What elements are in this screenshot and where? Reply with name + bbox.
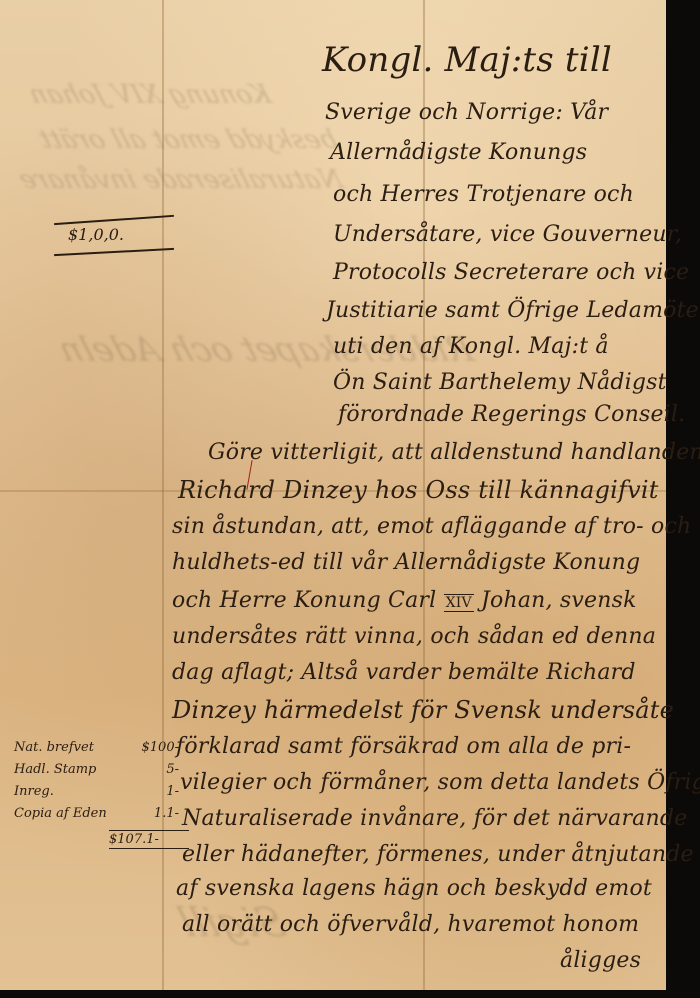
body-line: undersåtes rätt vinna, och sådan ed denn… bbox=[172, 624, 656, 649]
body-line: vilegier och förmåner, som detta landets… bbox=[180, 770, 700, 795]
heading-line: Undersåtare, vice Gouverneur, bbox=[333, 222, 682, 247]
heading-line: Kongl. Maj:ts till bbox=[322, 40, 612, 80]
body-line: eller hädanefter, förmenes, under åtnjut… bbox=[182, 842, 694, 867]
body-line-text: Johan, svensk bbox=[481, 588, 637, 613]
body-line: all orätt och öfvervåld, hvaremot honom bbox=[182, 912, 639, 937]
fee-amount: 1- bbox=[166, 784, 179, 806]
body-line: sin åstundan, att, emot afläggande af tr… bbox=[172, 514, 691, 539]
body-line-text: och Herre Konung Carl bbox=[172, 588, 436, 613]
fee-label: Inreg. bbox=[14, 784, 54, 806]
bleed-through-text: Naturaliserade invånare bbox=[15, 165, 347, 195]
fee-row: Inreg. 1- bbox=[14, 784, 179, 806]
body-line: Dinzey härmedelst för Svensk undersåte bbox=[172, 696, 674, 724]
fee-amount: 1.1- bbox=[154, 806, 179, 828]
fee-row: Copia af Eden 1.1- bbox=[14, 806, 179, 828]
fee-total: $107.1- bbox=[109, 830, 189, 849]
fee-row: Nat. brefvet $100- bbox=[14, 740, 179, 762]
fee-amount: $100- bbox=[142, 740, 179, 762]
heading-line: och Herres Trotjenare och bbox=[333, 182, 634, 207]
body-line: dag aflagt; Altså varder bemälte Richard bbox=[172, 660, 636, 685]
margin-fee-note: $1,0,0. bbox=[68, 225, 124, 244]
regnal-number: XIV bbox=[444, 594, 474, 612]
body-line: förklarad samt försäkrad om alla de pri- bbox=[176, 734, 631, 759]
body-line: huldhets-ed till vår Allernådigste Konun… bbox=[172, 550, 640, 575]
bleed-through-text: Konung XIV Johan bbox=[25, 80, 275, 110]
heading-line: Sverige och Norrige: Vår bbox=[325, 100, 608, 125]
catchword: åligges bbox=[560, 948, 641, 973]
document-page: Konung XIV Johan beskydd emot all orätt … bbox=[0, 0, 666, 990]
fee-list: Nat. brefvet $100- Hadl. Stamp 5- Inreg.… bbox=[14, 740, 189, 849]
fee-label: Copia af Eden bbox=[14, 806, 107, 828]
body-line: Naturaliserade invånare, för det närvara… bbox=[182, 806, 687, 831]
body-line: af svenska lagens hägn och beskydd emot bbox=[176, 876, 652, 901]
fee-label: Nat. brefvet bbox=[14, 740, 94, 762]
body-line: Göre vitterligit, att alldenstund handla… bbox=[208, 440, 700, 465]
fee-row: Hadl. Stamp 5- bbox=[14, 762, 179, 784]
body-line: Richard Dinzey hos Oss till kännagifvit bbox=[178, 476, 659, 504]
bleed-through-text: beskydd emot all orätt bbox=[35, 125, 341, 155]
heading-line: Ön Saint Barthelemy Nådigst bbox=[333, 370, 667, 395]
heading-line: Protocolls Secreterare och vice bbox=[333, 260, 689, 285]
body-line: och Herre Konung Carl XIV Johan, svensk bbox=[172, 588, 637, 613]
heading-line: uti den af Kongl. Maj:t å bbox=[333, 334, 609, 359]
heading-line: Allernådigste Konungs bbox=[330, 140, 587, 165]
fee-amount: 5- bbox=[166, 762, 179, 784]
heading-line: Justitiarie samt Öfrige Ledamöter bbox=[326, 298, 700, 323]
fee-label: Hadl. Stamp bbox=[14, 762, 96, 784]
heading-line: förordnade Regerings Conseil. bbox=[338, 402, 685, 427]
